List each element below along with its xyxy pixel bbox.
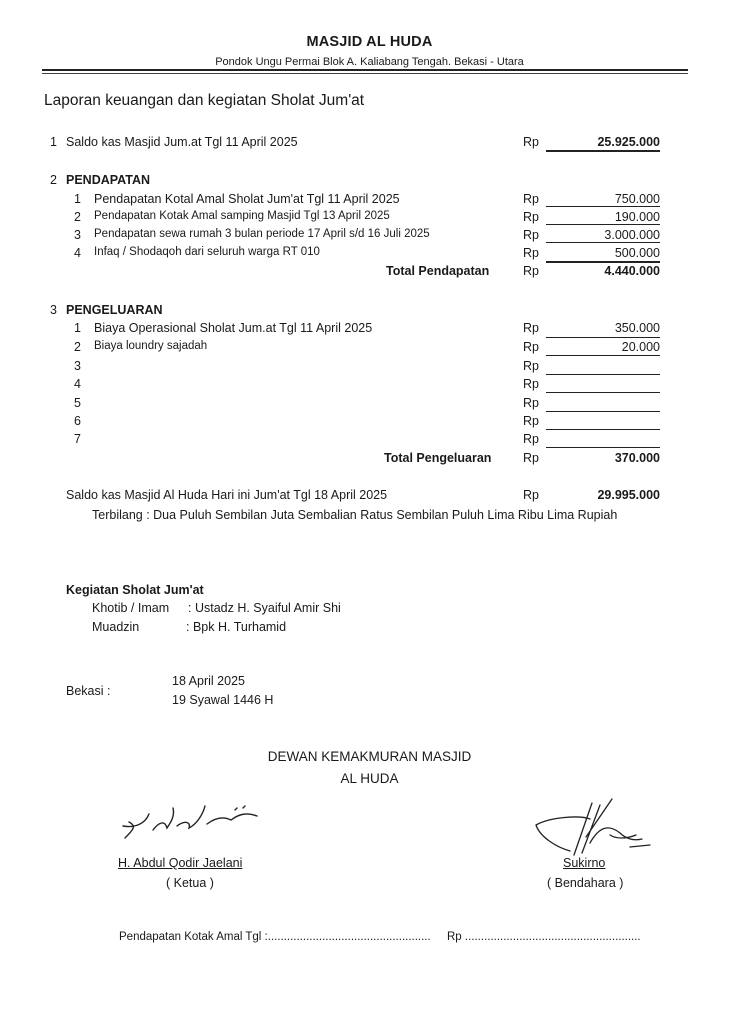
activity-heading: Kegiatan Sholat Jum'at — [66, 583, 204, 597]
closing-balance-amount: 29.995.000 — [546, 488, 660, 502]
signatory-role: ( Ketua ) — [166, 876, 214, 890]
income-item-amount: 3.000.000 — [546, 228, 660, 242]
hijri-date: 19 Syawal 1446 H — [172, 693, 273, 707]
amount-underline — [546, 224, 660, 225]
currency-label: Rp — [523, 414, 539, 428]
amount-underline — [546, 355, 660, 356]
opening-balance-label: Saldo kas Masjid Jum.at Tgl 11 April 202… — [66, 135, 298, 149]
signatory-name: H. Abdul Qodir Jaelani — [118, 856, 242, 870]
opening-balance-amount: 25.925.000 — [546, 135, 660, 149]
amount-underline — [546, 411, 660, 412]
income-total-label: Total Pendapatan — [386, 264, 489, 278]
signature-ketua-icon — [115, 800, 265, 848]
expense-total-amount: 370.000 — [546, 451, 660, 465]
income-heading: PENDAPATAN — [66, 173, 150, 187]
amount-underline — [546, 429, 660, 430]
signatory-name: Sukirno — [563, 856, 605, 870]
report-title: Laporan keuangan dan kegiatan Sholat Jum… — [44, 92, 364, 110]
footer-rp: Rp .....................................… — [447, 931, 641, 943]
currency-label: Rp — [523, 377, 539, 391]
currency-label: Rp — [523, 432, 539, 446]
signatory-role: ( Bendahara ) — [547, 876, 623, 890]
currency-label: Rp — [523, 488, 539, 502]
row-number: 5 — [74, 396, 81, 410]
income-item-label: Infaq / Shodaqoh dari seluruh warga RT 0… — [94, 246, 320, 258]
amount-underline — [546, 206, 660, 207]
currency-label: Rp — [523, 396, 539, 410]
amount-underline — [546, 447, 660, 448]
income-item-label: Pendapatan Kotal Amal Sholat Jum'at Tgl … — [94, 192, 400, 206]
currency-label: Rp — [523, 228, 539, 242]
amount-underline — [546, 242, 660, 243]
row-number: 3 — [74, 228, 81, 242]
amount-underline — [546, 392, 660, 393]
row-number: 7 — [74, 432, 81, 446]
income-item-amount: 190.000 — [546, 210, 660, 224]
currency-label: Rp — [523, 451, 539, 465]
signature-bendahara-icon — [530, 795, 660, 860]
income-item-label: Pendapatan Kotak Amal samping Masjid Tgl… — [94, 210, 390, 222]
expense-item-amount: 350.000 — [546, 321, 660, 335]
amount-underline — [546, 374, 660, 375]
currency-label: Rp — [523, 340, 539, 354]
expense-item-amount: 20.000 — [546, 340, 660, 354]
gregorian-date: 18 April 2025 — [172, 674, 245, 688]
row-number: 2 — [74, 210, 81, 224]
income-total-amount: 4.440.000 — [546, 264, 660, 278]
row-number: 1 — [74, 321, 81, 335]
currency-label: Rp — [523, 192, 539, 206]
mosque-address: Pondok Ungu Permai Blok A. Kaliabang Ten… — [0, 56, 739, 68]
closing-balance-label: Saldo kas Masjid Al Huda Hari ini Jum'at… — [66, 488, 387, 502]
currency-label: Rp — [523, 264, 539, 278]
khotib-label: Khotib / Imam — [92, 601, 169, 615]
muadzin-value: : Bpk H. Turhamid — [186, 620, 286, 634]
currency-label: Rp — [523, 321, 539, 335]
row-number: 1 — [50, 135, 57, 149]
row-number: 4 — [74, 246, 81, 260]
currency-label: Rp — [523, 135, 539, 149]
khotib-value: : Ustadz H. Syaiful Amir Shi — [188, 601, 341, 615]
amount-underline — [546, 337, 660, 338]
place-label: Bekasi : — [66, 684, 110, 698]
income-item-label: Pendapatan sewa rumah 3 bulan periode 17… — [94, 228, 430, 240]
row-number: 4 — [74, 377, 81, 391]
currency-label: Rp — [523, 359, 539, 373]
row-number: 3 — [74, 359, 81, 373]
expense-item-label: Biaya loundry sajadah — [94, 340, 207, 352]
footer-label: Pendapatan Kotak Amal Tgl :.............… — [119, 931, 431, 943]
income-item-amount: 750.000 — [546, 192, 660, 206]
mosque-title: MASJID AL HUDA — [0, 34, 739, 50]
expense-item-label: Biaya Operasional Sholat Jum.at Tgl 11 A… — [94, 321, 372, 335]
council-name-line2: AL HUDA — [0, 771, 739, 786]
section-number: 3 — [50, 303, 57, 317]
header-divider — [42, 69, 688, 71]
row-number: 1 — [74, 192, 81, 206]
amount-underline — [546, 261, 660, 263]
row-number: 6 — [74, 414, 81, 428]
amount-in-words: Terbilang : Dua Puluh Sembilan Juta Semb… — [92, 508, 617, 522]
section-number: 2 — [50, 173, 57, 187]
currency-label: Rp — [523, 210, 539, 224]
muadzin-label: Muadzin — [92, 620, 139, 634]
currency-label: Rp — [523, 246, 539, 260]
amount-underline — [546, 150, 660, 152]
income-item-amount: 500.000 — [546, 246, 660, 260]
council-name-line1: DEWAN KEMAKMURAN MASJID — [0, 749, 739, 764]
expense-heading: PENGELUARAN — [66, 303, 163, 317]
expense-total-label: Total Pengeluaran — [384, 451, 491, 465]
header-divider-thin — [42, 73, 688, 74]
row-number: 2 — [74, 340, 81, 354]
